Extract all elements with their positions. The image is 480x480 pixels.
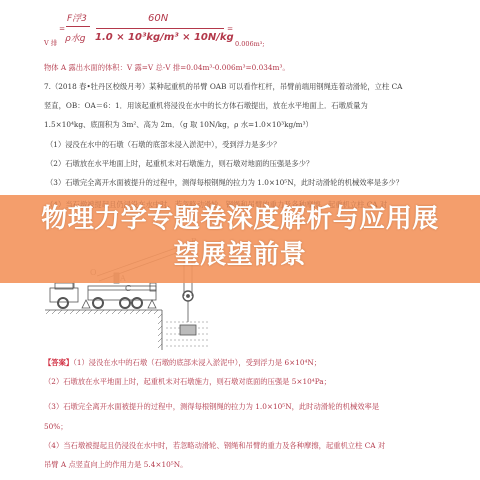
label-c: C — [125, 284, 131, 293]
answer-line-1: 【答案】（1）浸没在水中的石墩（石墩的底部未浸入淤泥中），受到浮力是 6×10⁴… — [44, 358, 321, 368]
answer-tag: 【答案】 — [44, 358, 73, 367]
answer-3-line-2: 50%； — [44, 422, 68, 432]
banner-title-line-1: 物理力学专题卷深度解析与应用展 — [0, 201, 480, 237]
banner-title: 物理力学专题卷深度解析与应用展 望展望前景 — [0, 201, 480, 273]
answer-2: （2）石墩放在水平地面上时，起重机未对石墩施力，则石墩对底面的压强是 5×10⁴… — [44, 377, 331, 387]
answer-4-line-2: 吊臂 A 点竖直向上的作用力是 5.4×10⁵N。 — [44, 460, 187, 470]
answer-4-line-1: （4）当石墩被提起且仍浸没在水中时，若忽略动滑轮、钢绳和吊臂的重力及各种摩擦，起… — [44, 441, 385, 451]
answer-1: （1）浸没在水中的石墩（石墩的底部未浸入淤泥中），受到浮力是 6×10⁴N； — [73, 358, 321, 367]
answer-3-line-1: （3）石墩完全离开水面被提升的过程中，测得每根钢绳的拉力为 1.0×10⁵N，此… — [44, 402, 379, 412]
banner-title-line-2: 望展望前景 — [0, 237, 480, 273]
